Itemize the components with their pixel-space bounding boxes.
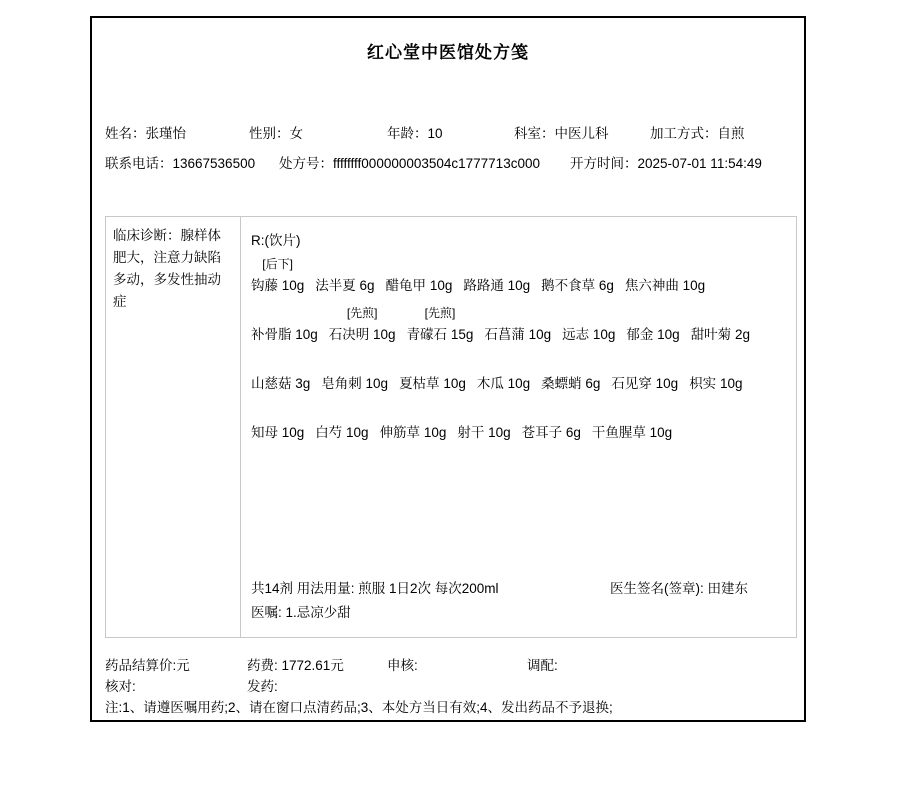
herb-name-dose: 夏枯草 10g: [399, 376, 466, 391]
herb-line: 山慈菇 3g皂角刺 10g夏枯草 10g木瓜 10g桑螵蛸 6g石见穿 10g枳…: [251, 344, 790, 393]
herb-item: 皂角刺 10g: [321, 372, 388, 392]
herb-name-dose: 甜叶菊 2g: [691, 327, 750, 342]
herb-decoction-note: [先煎]: [425, 304, 456, 321]
herb-item: 知母 10g: [251, 421, 304, 441]
herb-decoction-note: [先煎]: [347, 304, 378, 321]
herb-item: 鹅不食草 6g: [541, 274, 614, 294]
herb-item: 夏枯草 10g: [399, 372, 466, 392]
patient-age-field: 年龄：10: [387, 122, 443, 142]
fee-label: 药费:: [247, 658, 282, 673]
herb-decoction-note: [后下]: [262, 255, 293, 272]
herb-item: 白芍 10g: [315, 421, 368, 441]
doctor-name-value: 田建东: [708, 581, 749, 596]
settlement-row-2: 核对: 发药:: [92, 675, 804, 693]
dispense-field: 调配:: [527, 654, 558, 674]
herb-name-dose: 山慈菇 3g: [251, 376, 310, 391]
page-title: 红心堂中医馆处方笺: [92, 38, 804, 63]
processing-method-field: 加工方式：自煎: [650, 122, 745, 142]
herb-name-dose: 伸筋草 10g: [380, 425, 447, 440]
rx-content: R:(饮片) [后下]钩藤 10g法半夏 6g醋龟甲 10g路路通 10g鹅不食…: [241, 217, 796, 637]
patient-info-row-1: 姓名：张瑾怡 性别：女 年龄：10 科室：中医儿科 加工方式：自煎: [92, 122, 804, 140]
review-field: 申核:: [387, 654, 418, 674]
herb-name-dose: 枳实 10g: [689, 376, 742, 391]
herb-name-dose: 白芍 10g: [315, 425, 368, 440]
herb-item: 射干 10g: [457, 421, 510, 441]
herb-name-dose: 知母 10g: [251, 425, 304, 440]
patient-gender-field: 性别：女: [249, 122, 303, 142]
herb-lines: [后下]钩藤 10g法半夏 6g醋龟甲 10g路路通 10g鹅不食草 6g焦六神…: [251, 246, 790, 442]
department-value: 中医儿科: [555, 126, 609, 141]
prescribe-time-field: 开方时间：2025-07-01 11:54:49: [570, 152, 762, 172]
herb-item: [后下]钩藤 10g: [251, 274, 304, 294]
herb-name-dose: 法半夏 6g: [315, 278, 374, 293]
herb-item: [先煎]青礞石 15g: [407, 323, 474, 343]
phone-field: 联系电话：13667536500: [105, 152, 255, 172]
prescribe-time-value: 2025-07-01 11:54:49: [638, 156, 762, 171]
phone-label: 联系电话：: [105, 156, 173, 171]
herb-name-dose: 干鱼腥草 10g: [592, 425, 672, 440]
herb-name-dose: 路路通 10g: [463, 278, 530, 293]
herb-name-dose: 皂角刺 10g: [321, 376, 388, 391]
herb-item: 桑螵蛸 6g: [541, 372, 600, 392]
department-field: 科室：中医儿科: [514, 122, 609, 142]
herb-name-dose: 郁金 10g: [626, 327, 679, 342]
herb-item: 醋龟甲 10g: [386, 274, 453, 294]
herb-item: 干鱼腥草 10g: [592, 421, 672, 441]
herb-line: [后下]钩藤 10g法半夏 6g醋龟甲 10g路路通 10g鹅不食草 6g焦六神…: [251, 246, 790, 295]
settle-price-label: 药品结算价:: [105, 658, 176, 673]
herb-item: 枳实 10g: [689, 372, 742, 392]
prescription-number-label: 处方号：: [279, 156, 333, 171]
fee-value: 1772.61元: [282, 658, 344, 673]
prescription-box: 临床诊断：腺样体肥大，注意力缺陷多动，多发性抽动症 R:(饮片) [后下]钩藤 …: [105, 216, 797, 638]
prescription-number-field: 处方号：ffffffff000000003504c1777713c000: [279, 152, 540, 172]
herb-item: 苍耳子 6g: [522, 421, 581, 441]
patient-gender-label: 性别：: [249, 126, 290, 141]
herb-name-dose: 青礞石 15g: [407, 327, 474, 342]
settle-price-unit: 元: [176, 658, 190, 673]
herb-name-dose: 苍耳子 6g: [522, 425, 581, 440]
herb-name-dose: 焦六神曲 10g: [625, 278, 705, 293]
herb-item: 木瓜 10g: [477, 372, 530, 392]
patient-name-value: 张瑾怡: [146, 126, 187, 141]
page: 红心堂中医馆处方笺 姓名：张瑾怡 性别：女 年龄：10 科室：中医儿科 加工方式…: [0, 0, 900, 800]
processing-method-label: 加工方式：: [650, 126, 718, 141]
patient-age-value: 10: [428, 126, 443, 141]
patient-gender-value: 女: [290, 126, 304, 141]
footer-note-text: 注:1、请遵医嘱用药;2、请在窗口点清药品;3、本处方当日有效;4、发出药品不予…: [105, 696, 613, 716]
herb-name-dose: 钩藤 10g: [251, 278, 304, 293]
herb-item: 石菖蒲 10g: [484, 323, 551, 343]
herb-name-dose: 远志 10g: [562, 327, 615, 342]
doctor-signature-field: 医生签名(签章): 田建东: [610, 577, 748, 597]
prescribe-time-label: 开方时间：: [570, 156, 638, 171]
settle-price-field: 药品结算价:元: [105, 654, 190, 674]
herb-name-dose: 补骨脂 10g: [251, 327, 318, 342]
department-label: 科室：: [514, 126, 555, 141]
prescription-number-value: ffffffff000000003504c1777713c000: [333, 156, 540, 171]
herb-item: 山慈菇 3g: [251, 372, 310, 392]
rx-footer: 共14剂 用法用量: 煎服 1日2次 每次200ml 医生签名(签章): 田建东…: [251, 577, 786, 621]
herb-line: 补骨脂 10g[先煎]石决明 10g[先煎]青礞石 15g石菖蒲 10g远志 1…: [251, 295, 790, 344]
herb-item: 路路通 10g: [463, 274, 530, 294]
herb-name-dose: 石决明 10g: [329, 327, 396, 342]
herb-item: 石见穿 10g: [611, 372, 678, 392]
herb-item: 甜叶菊 2g: [691, 323, 750, 343]
processing-method-value: 自煎: [718, 126, 745, 141]
dosage-summary: 共14剂 用法用量: 煎服 1日2次 每次200ml: [251, 577, 499, 597]
check-field: 核对:: [105, 675, 136, 695]
herb-name-dose: 桑螵蛸 6g: [541, 376, 600, 391]
herb-item: 远志 10g: [562, 323, 615, 343]
patient-name-field: 姓名：张瑾怡: [105, 122, 186, 142]
herb-item: 焦六神曲 10g: [625, 274, 705, 294]
herb-item: 补骨脂 10g: [251, 323, 318, 343]
diagnosis-label: 临床诊断：: [113, 228, 181, 243]
herb-name-dose: 石菖蒲 10g: [484, 327, 551, 342]
phone-value: 13667536500: [173, 156, 256, 171]
settlement-row-1: 药品结算价:元 药费: 1772.61元 申核: 调配:: [92, 654, 804, 672]
footer-note: 注:1、请遵医嘱用药;2、请在窗口点清药品;3、本处方当日有效;4、发出药品不予…: [92, 696, 804, 714]
herb-name-dose: 鹅不食草 6g: [541, 278, 614, 293]
doctor-signature-label: 医生签名(签章):: [610, 581, 708, 596]
herb-name-dose: 醋龟甲 10g: [386, 278, 453, 293]
issue-field: 发药:: [247, 675, 278, 695]
prescription-sheet: 红心堂中医馆处方笺 姓名：张瑾怡 性别：女 年龄：10 科室：中医儿科 加工方式…: [90, 16, 806, 722]
patient-name-label: 姓名：: [105, 126, 146, 141]
herb-line: 知母 10g白芍 10g伸筋草 10g射干 10g苍耳子 6g干鱼腥草 10g: [251, 393, 790, 442]
herb-name-dose: 木瓜 10g: [477, 376, 530, 391]
doctor-instruction: 医嘱: 1.忌凉少甜: [251, 601, 786, 621]
herb-item: 伸筋草 10g: [380, 421, 447, 441]
clinical-diagnosis: 临床诊断：腺样体肥大，注意力缺陷多动，多发性抽动症: [106, 217, 241, 637]
herb-item: [先煎]石决明 10g: [329, 323, 396, 343]
herb-item: 郁金 10g: [626, 323, 679, 343]
patient-age-label: 年龄：: [387, 126, 428, 141]
herb-name-dose: 石见穿 10g: [611, 376, 678, 391]
fee-field: 药费: 1772.61元: [247, 654, 344, 674]
herb-name-dose: 射干 10g: [457, 425, 510, 440]
patient-info-row-2: 联系电话：13667536500 处方号：ffffffff00000000350…: [92, 152, 804, 170]
rx-summary-row: 共14剂 用法用量: 煎服 1日2次 每次200ml 医生签名(签章): 田建东: [251, 577, 786, 597]
herb-item: 法半夏 6g: [315, 274, 374, 294]
